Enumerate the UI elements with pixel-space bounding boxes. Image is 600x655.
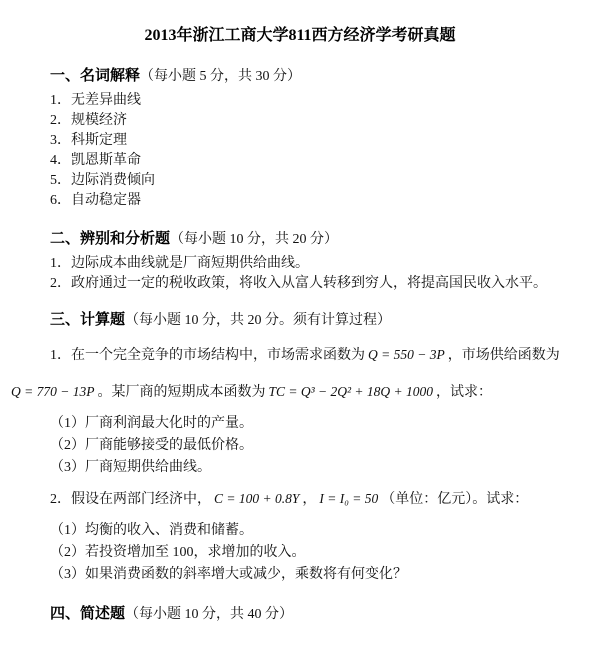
section-1-heading: 一、名词解释（每小题 5 分，共 30 分） [50,66,560,87]
calc-q1-text-1: 1．在一个完全竞争的市场结构中，市场需求函数为 [50,348,365,363]
investment-formula: I = I₀ = 50 [316,491,381,506]
supply-function-formula: Q = 770 − 13P [8,384,97,399]
term-item-3: 3．科斯定理 [50,131,560,151]
term-item-2: 2．规模经济 [50,111,560,131]
calc-question-2-intro: 2．假设在两部门经济中，C = 100 + 0.8Y，I = I₀ = 50（单… [50,487,560,512]
section-4-heading-note: （每小题 10 分，共 40 分） [125,607,293,622]
calc-question-1-line-2: Q = 770 − 13P。某厂商的短期成本函数为TC = Q³ − 2Q² +… [8,380,560,405]
calc-q1-text-3: 。某厂商的短期成本函数为 [97,385,265,400]
calc-q1-text-4: ，试求： [436,385,492,400]
calc-q1-subitem-3: （3）厂商短期供给曲线。 [50,457,560,479]
term-item-4: 4．凯恩斯革命 [50,151,560,171]
section-4-heading: 四、简述题（每小题 10 分，共 40 分） [50,604,560,625]
consumption-function-formula: C = 100 + 0.8Y [211,491,302,506]
term-item-1: 1．无差异曲线 [50,91,560,111]
analysis-item-2: 2．政府通过一定的税收政策，将收入从富人转移到穷人，将提高国民收入水平。 [50,274,560,294]
exam-title: 2013年浙江工商大学811西方经济学考研真题 [0,26,600,46]
calc-q2-subitem-3: （3）如果消费函数的斜率增大或减少，乘数将有何变化？ [50,564,560,586]
analysis-item-1: 1．边际成本曲线就是厂商短期供给曲线。 [50,254,560,274]
exam-document-page: 2013年浙江工商大学811西方经济学考研真题 一、名词解释（每小题 5 分，共… [0,0,600,655]
section-3-heading: 三、计算题（每小题 10 分，共 20 分。须有计算过程） [50,310,560,331]
section-3-heading-note: （每小题 10 分，共 20 分。须有计算过程） [125,313,391,328]
section-2-heading: 二、辨别和分析题（每小题 10 分，共 20 分） [50,229,560,250]
demand-function-formula: Q = 550 − 3P [365,347,448,362]
calc-question-1-line-1: 1．在一个完全竞争的市场结构中，市场需求函数为Q = 550 − 3P，市场供给… [50,343,560,368]
total-cost-function-formula: TC = Q³ − 2Q² + 18Q + 1000 [265,384,436,399]
section-2-heading-text: 二、辨别和分析题 [50,231,170,247]
calc-question-1-subitems: （1）厂商利润最大化时的产量。 （2）厂商能够接受的最低价格。 （3）厂商短期供… [50,413,560,479]
calc-q2-text-3: （单位：亿元）。试求： [381,492,528,507]
section-2-heading-note: （每小题 10 分，共 20 分） [170,232,338,247]
section-1-heading-note: （每小题 5 分，共 30 分） [140,69,301,84]
calc-question-2-subitems: （1）均衡的收入、消费和储蓄。 （2）若投资增加至 100，求增加的收入。 （3… [50,520,560,586]
calc-q1-subitem-2: （2）厂商能够接受的最低价格。 [50,435,560,457]
term-item-5: 5．边际消费倾向 [50,171,560,191]
calc-q2-text-1: 2．假设在两部门经济中， [50,492,211,507]
calc-q1-text-2: ，市场供给函数为 [448,348,560,363]
calc-q2-text-2: ， [302,492,316,507]
exam-content: 一、名词解释（每小题 5 分，共 30 分） 1．无差异曲线 2．规模经济 3．… [0,66,600,625]
calc-q2-subitem-2: （2）若投资增加至 100，求增加的收入。 [50,542,560,564]
section-3-heading-text: 三、计算题 [50,312,125,328]
section-4-heading-text: 四、简述题 [50,606,125,622]
calc-q2-subitem-1: （1）均衡的收入、消费和储蓄。 [50,520,560,542]
calc-q1-subitem-1: （1）厂商利润最大化时的产量。 [50,413,560,435]
section-1-heading-text: 一、名词解释 [50,68,140,84]
term-item-6: 6．自动稳定器 [50,191,560,211]
